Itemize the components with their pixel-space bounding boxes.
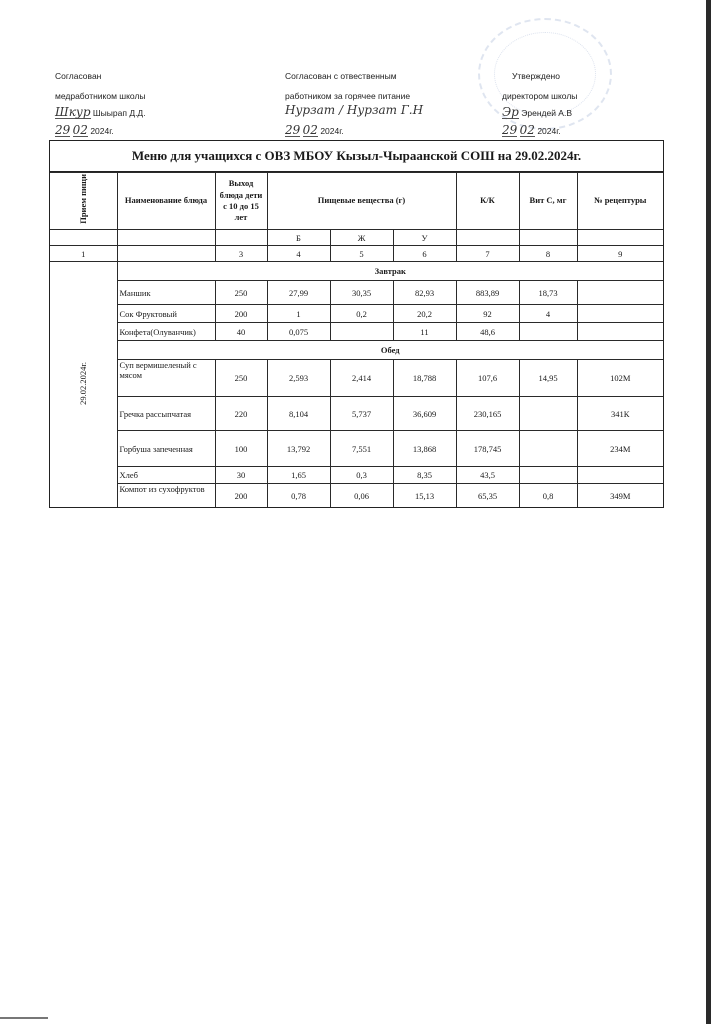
cell-vitc: 14,95: [519, 360, 577, 397]
col-carbs: У: [393, 230, 456, 246]
cell-portion: 200: [215, 484, 267, 508]
cell-fat: [330, 323, 393, 341]
table-row: Сок Фруктовый20010,220,2924: [50, 305, 663, 323]
cell-protein: 0,075: [267, 323, 330, 341]
section-title: Обед: [117, 341, 663, 360]
cell-carbs: 36,609: [393, 397, 456, 431]
cell-vitc: 4: [519, 305, 577, 323]
cell-fat: 30,35: [330, 281, 393, 305]
cell-carbs: 15,13: [393, 484, 456, 508]
cell-kcal: 883,89: [456, 281, 519, 305]
menu-title: Меню для учащихся с ОВЗ МБОУ Кызыл-Чыраа…: [50, 141, 663, 172]
cell-recipe: [577, 281, 663, 305]
dish-name: Суп вермишеленый с мясом: [117, 360, 215, 397]
column-number: 6: [393, 246, 456, 262]
cell-portion: 250: [215, 360, 267, 397]
table-row: Хлеб301,650,38,3543,5: [50, 467, 663, 484]
date-day: 29: [55, 124, 70, 137]
cell-carbs: 11: [393, 323, 456, 341]
column-number: 9: [577, 246, 663, 262]
cell-vitc: 18,73: [519, 281, 577, 305]
cell-protein: 1,65: [267, 467, 330, 484]
signature: Шкур: [55, 106, 91, 119]
cell-protein: 13,792: [267, 431, 330, 467]
section-row: Обед: [50, 341, 663, 360]
cell-recipe: [577, 305, 663, 323]
cell-portion: 220: [215, 397, 267, 431]
table-row: Суп вермишеленый с мясом2502,5932,41418,…: [50, 360, 663, 397]
cell-portion: 30: [215, 467, 267, 484]
approval-line2: директором школы: [502, 92, 577, 101]
cell-fat: 7,551: [330, 431, 393, 467]
scan-mark: [0, 1017, 48, 1019]
date-month: 02: [73, 124, 88, 137]
cell-portion: 100: [215, 431, 267, 467]
cell-fat: 0,3: [330, 467, 393, 484]
signer-name: Шыырап Д.Д.: [93, 108, 146, 118]
cell-kcal: 92: [456, 305, 519, 323]
cell-portion: 40: [215, 323, 267, 341]
dish-name: Хлеб: [117, 467, 215, 484]
cell-carbs: 8,35: [393, 467, 456, 484]
dish-name: Компот из сухофруктов: [117, 484, 215, 508]
signature: Эр: [502, 106, 519, 119]
col-recipe: № рецептуры: [577, 173, 663, 230]
cell-protein: 8,104: [267, 397, 330, 431]
col-vitc: Вит С, мг: [519, 173, 577, 230]
cell-fat: 0,06: [330, 484, 393, 508]
date-day: 29: [502, 124, 517, 137]
menu-sheet: Меню для учащихся с ОВЗ МБОУ Кызыл-Чыраа…: [49, 140, 664, 508]
column-number: [117, 246, 215, 262]
cell-recipe: 341К: [577, 397, 663, 431]
date-day: 29: [285, 124, 300, 137]
table-row: Компот из сухофруктов2000,780,0615,1365,…: [50, 484, 663, 508]
approval-line2: работником за горячее питание: [285, 92, 410, 101]
cell-fat: 2,414: [330, 360, 393, 397]
dish-name: Горбуша запеченная: [117, 431, 215, 467]
cell-vitc: [519, 431, 577, 467]
cell-kcal: 48,6: [456, 323, 519, 341]
menu-table: Прием пищи Наименование блюда Выход блюд…: [50, 172, 663, 508]
cell-recipe: [577, 323, 663, 341]
cell-protein: 0,78: [267, 484, 330, 508]
section-title: Завтрак: [117, 262, 663, 281]
cell-kcal: 107,6: [456, 360, 519, 397]
dish-name: Сок Фруктовый: [117, 305, 215, 323]
cell-fat: 5,737: [330, 397, 393, 431]
cell-portion: 250: [215, 281, 267, 305]
column-number: 7: [456, 246, 519, 262]
col-meal: Прием пищи: [50, 173, 117, 230]
column-number: 1: [50, 246, 117, 262]
dish-name: Гречка рассыпчатая: [117, 397, 215, 431]
col-dish: Наименование блюда: [117, 173, 215, 230]
cell-carbs: 82,93: [393, 281, 456, 305]
cell-vitc: [519, 323, 577, 341]
section-row: 29.02.2024г.Завтрак: [50, 262, 663, 281]
date-month: 02: [520, 124, 535, 137]
table-row: Маншик25027,9930,3582,93883,8918,73: [50, 281, 663, 305]
cell-carbs: 13,868: [393, 431, 456, 467]
cell-portion: 200: [215, 305, 267, 323]
signer-name: Эрендей А.В: [521, 108, 572, 118]
cell-recipe: 349М: [577, 484, 663, 508]
col-protein: Б: [267, 230, 330, 246]
col-portion: Выход блюда дети с 10 до 15 лет: [215, 173, 267, 230]
cell-vitc: [519, 467, 577, 484]
cell-kcal: 43,5: [456, 467, 519, 484]
column-number: 5: [330, 246, 393, 262]
date-month: 02: [303, 124, 318, 137]
table-row: Горбуша запеченная10013,7927,55113,86817…: [50, 431, 663, 467]
cell-recipe: 102М: [577, 360, 663, 397]
approval-line2: медработником школы: [55, 92, 146, 101]
column-numbers-row: 13456789: [50, 246, 663, 262]
column-number: 4: [267, 246, 330, 262]
cell-protein: 27,99: [267, 281, 330, 305]
col-fat: Ж: [330, 230, 393, 246]
table-row: Конфета(Олуванчик)400,0751148,6: [50, 323, 663, 341]
dish-name: Конфета(Олуванчик): [117, 323, 215, 341]
approval-line1: Согласован с отвественным: [285, 72, 397, 81]
cell-vitc: [519, 397, 577, 431]
cell-protein: 2,593: [267, 360, 330, 397]
cell-recipe: 234М: [577, 431, 663, 467]
cell-recipe: [577, 467, 663, 484]
approval-line1: Утверждено: [512, 72, 560, 81]
col-nutrients: Пищевые вещества (г): [267, 173, 456, 230]
date-year: 2024г.: [537, 126, 560, 136]
column-number: 8: [519, 246, 577, 262]
date-cell: 29.02.2024г.: [50, 262, 117, 508]
cell-kcal: 178,745: [456, 431, 519, 467]
column-number: 3: [215, 246, 267, 262]
dish-name: Маншик: [117, 281, 215, 305]
cell-fat: 0,2: [330, 305, 393, 323]
date-year: 2024г.: [90, 126, 113, 136]
table-row: Гречка рассыпчатая2208,1045,73736,609230…: [50, 397, 663, 431]
cell-vitc: 0,8: [519, 484, 577, 508]
cell-protein: 1: [267, 305, 330, 323]
approval-line1: Согласован: [55, 72, 101, 81]
signature: Нурзат / Нурзат Г.Н: [285, 103, 423, 117]
cell-kcal: 230,165: [456, 397, 519, 431]
cell-carbs: 20,2: [393, 305, 456, 323]
cell-kcal: 65,35: [456, 484, 519, 508]
scan-edge: [706, 0, 711, 1024]
cell-carbs: 18,788: [393, 360, 456, 397]
col-kcal: К/К: [456, 173, 519, 230]
date-year: 2024г.: [320, 126, 343, 136]
